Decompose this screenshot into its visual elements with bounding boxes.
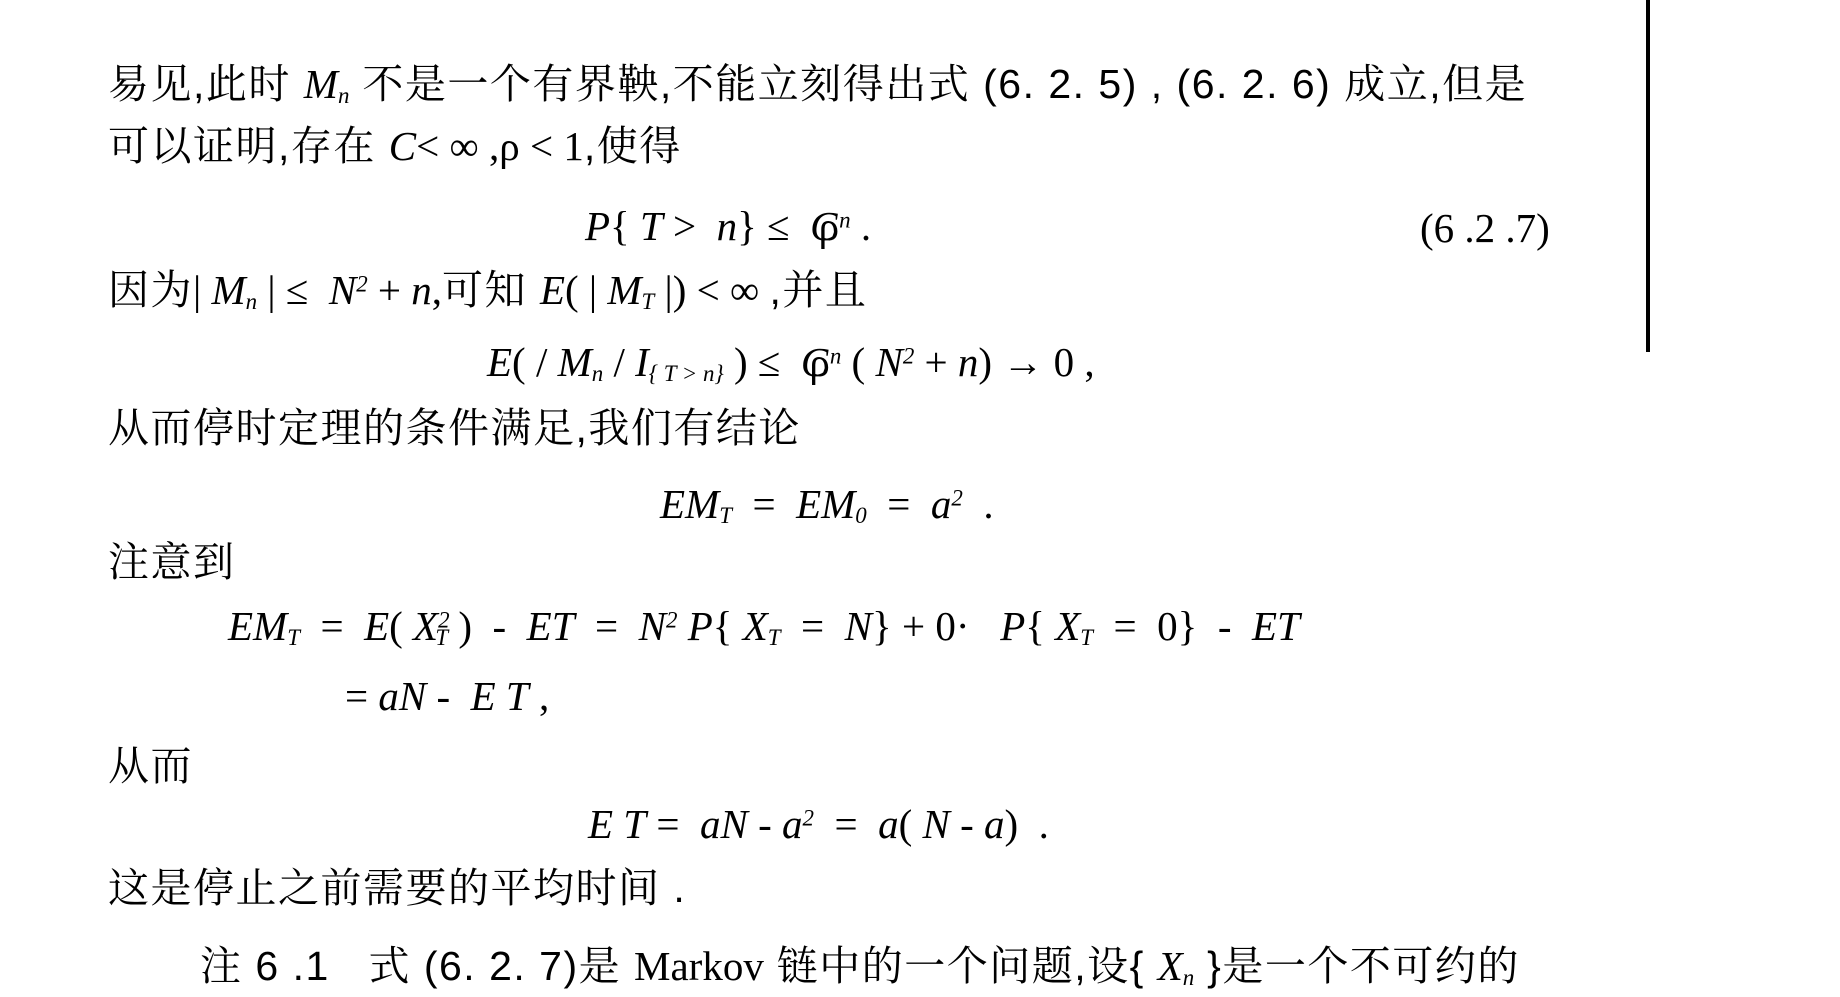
text-run: 易见,此时 [108, 61, 304, 107]
text-run: a [782, 801, 803, 847]
text-run: EM [796, 481, 855, 527]
text-run: T [642, 289, 655, 314]
text-run: = [646, 801, 700, 847]
text-run: . [851, 203, 872, 249]
page-edge-rule [1646, 0, 1650, 352]
text-run: E [487, 339, 512, 385]
text-run: n [830, 343, 841, 368]
text-run: = [732, 481, 796, 527]
text-run: n [592, 361, 603, 386]
text-run: . [963, 481, 994, 527]
text-run: ) ≤ [724, 339, 801, 385]
text-run: ( [389, 603, 413, 649]
text-run: T [435, 625, 448, 650]
text-run: N [639, 603, 666, 649]
text-run: { [1025, 603, 1055, 649]
text-run: |) < ∞ [654, 267, 769, 313]
text-run: , [529, 673, 550, 719]
text-run: = [575, 603, 639, 649]
text-run: M [607, 267, 641, 313]
text-run: < ∞ ,ρ < 1 [416, 123, 584, 169]
text-run: 可以证明,存在 [108, 123, 389, 169]
text-run: 2 [951, 485, 962, 510]
text-run: 0 [855, 503, 866, 528]
text-run: = [345, 673, 378, 719]
text-run: - [950, 801, 984, 847]
text-run: 2 [803, 805, 814, 830]
text-run: = [300, 603, 364, 649]
text-run: T [719, 503, 732, 528]
text-run: { [713, 603, 743, 649]
text-run: { [610, 203, 640, 249]
text-run: aN [700, 801, 748, 847]
text-run: N [329, 267, 356, 313]
text-run: - [426, 673, 470, 719]
book-page: 易见,此时 Mn 不是一个有界鞅,不能立刻得出式 (6. 2. 5) , (6.… [0, 0, 1840, 997]
paragraph-line-7: 这是停止之前需要的平均时间 . [108, 864, 686, 912]
text-run: { T > n} [649, 361, 724, 386]
text-run: + [368, 267, 412, 313]
text-run: ) - [448, 603, 527, 649]
text-run: E [540, 267, 565, 313]
text-run: = [867, 481, 931, 527]
text-run: - [748, 801, 782, 847]
text-run: n [717, 203, 738, 249]
text-run: 可知 [442, 267, 540, 313]
text-run: ,并且 [770, 267, 868, 313]
text-run: 因为 [108, 267, 193, 313]
text-run: n [246, 289, 257, 314]
text-run: N [875, 339, 902, 385]
text-run: 2 [356, 271, 367, 296]
text-run: 2 [903, 343, 914, 368]
paragraph-line-2: 可以证明,存在 C< ∞ ,ρ < 1,使得 [108, 122, 682, 170]
text-run [678, 603, 688, 649]
paragraph-line-1: 易见,此时 Mn 不是一个有界鞅,不能立刻得出式 (6. 2. 5) , (6.… [108, 60, 1527, 109]
paragraph-line-6: 从而 [108, 742, 193, 790]
text-run: } ≤ [737, 203, 810, 249]
text-run: n [338, 83, 349, 108]
text-run: T [768, 625, 781, 650]
formula-expectation-bound: E( / Mn / I{ T > n} ) ≤ Cρn ( N2 + n) → … [487, 338, 1095, 387]
text-run: | [193, 267, 211, 313]
text-run: = [814, 801, 878, 847]
text-run: , [432, 267, 442, 313]
text-run: n [411, 267, 432, 313]
text-run: N [923, 801, 950, 847]
text-run: T [640, 203, 663, 249]
text-run: } + 0· [872, 603, 1000, 649]
text-run: M [211, 267, 245, 313]
text-run: n [839, 207, 850, 232]
text-run: 不是一个有界鞅,不能立刻得出式 (6. 2. 5) , (6. 2. 6) 成立… [349, 61, 1527, 107]
text-run: > [663, 203, 717, 249]
text-run: T [1080, 625, 1093, 650]
text-run: a [878, 801, 899, 847]
text-run: = 0} - [1093, 603, 1252, 649]
text-run: + [914, 339, 958, 385]
text-run: n [958, 339, 979, 385]
text-run: ( [899, 801, 923, 847]
text-run: I [635, 339, 649, 385]
text-run: ) → 0 , [978, 339, 1094, 385]
text-run: P [585, 203, 610, 249]
text-run: 式 (6. 2. 7)是 [368, 943, 634, 989]
text-run: 这是停止之前需要的平均时间 . [108, 865, 686, 911]
text-run: 2 [666, 607, 677, 632]
text-run: a [931, 481, 952, 527]
text-run: N [845, 603, 872, 649]
text-run: EM [660, 481, 719, 527]
formula-et-result: E T = aN - a2 = a( N - a) . [588, 800, 1049, 848]
text-run: ( [841, 339, 875, 385]
text-run: E T [588, 801, 646, 847]
text-run: X [1055, 603, 1080, 649]
text-run: P [1000, 603, 1025, 649]
text-run: ) . [1005, 801, 1049, 847]
text-run: EM [228, 603, 287, 649]
text-run: ET [1252, 603, 1300, 649]
text-run: 从而停时定理的条件满足,我们有结论 [108, 405, 801, 451]
text-run: ρ [809, 339, 829, 385]
text-run: E T [471, 673, 529, 719]
text-run: E [364, 603, 389, 649]
text-run: = [781, 603, 845, 649]
text-run: aN [378, 673, 426, 719]
text-run: M [304, 61, 338, 107]
text-run: T [287, 625, 300, 650]
text-run: M [558, 339, 592, 385]
formula-emt-expansion: EMT = E( X2T ) - ET = N2 P{ XT = N} + 0·… [228, 602, 1300, 651]
remark-6-1-line: 注 6 .1 式 (6. 2. 7)是 Markov 链中的一个问题,设{ Xn… [200, 942, 1520, 991]
text-run: X [1158, 943, 1183, 989]
formula-an-minus-et: = aN - E T , [345, 672, 549, 720]
formula-emt-em0: EMT = EM0 = a2 . [660, 480, 994, 529]
equation-number: (6 .2 .7) [1420, 204, 1550, 252]
text-run: ( / [512, 339, 558, 385]
text-run: ( | [565, 267, 607, 313]
text-run: ,使得 [584, 123, 682, 169]
text-run: | ≤ [257, 267, 329, 313]
paragraph-line-5: 注意到 [108, 538, 236, 586]
paragraph-line-3: 因为| Mn | ≤ N2 + n,可知 E( | MT |) < ∞ ,并且 [108, 266, 867, 315]
text-run: 链中的一个问题,设{ [764, 943, 1158, 989]
text-run: ρ [819, 203, 839, 249]
text-run: 注 6 .1 [200, 943, 368, 989]
text-run: P [688, 603, 713, 649]
formula-6-2-7: P{ T > n} ≤ Cρn . [585, 202, 871, 250]
text-run: Markov [634, 943, 764, 989]
text-run: a [984, 801, 1005, 847]
text-run: / [603, 339, 635, 385]
text-run: X [743, 603, 768, 649]
text-run: C [389, 123, 416, 169]
text-run: n [1183, 965, 1194, 990]
text-run: 注意到 [108, 539, 236, 585]
text-run: }是一个不可约的 [1194, 943, 1520, 989]
text-run: ET [527, 603, 575, 649]
paragraph-line-4: 从而停时定理的条件满足,我们有结论 [108, 404, 801, 452]
text-run: 从而 [108, 743, 193, 789]
